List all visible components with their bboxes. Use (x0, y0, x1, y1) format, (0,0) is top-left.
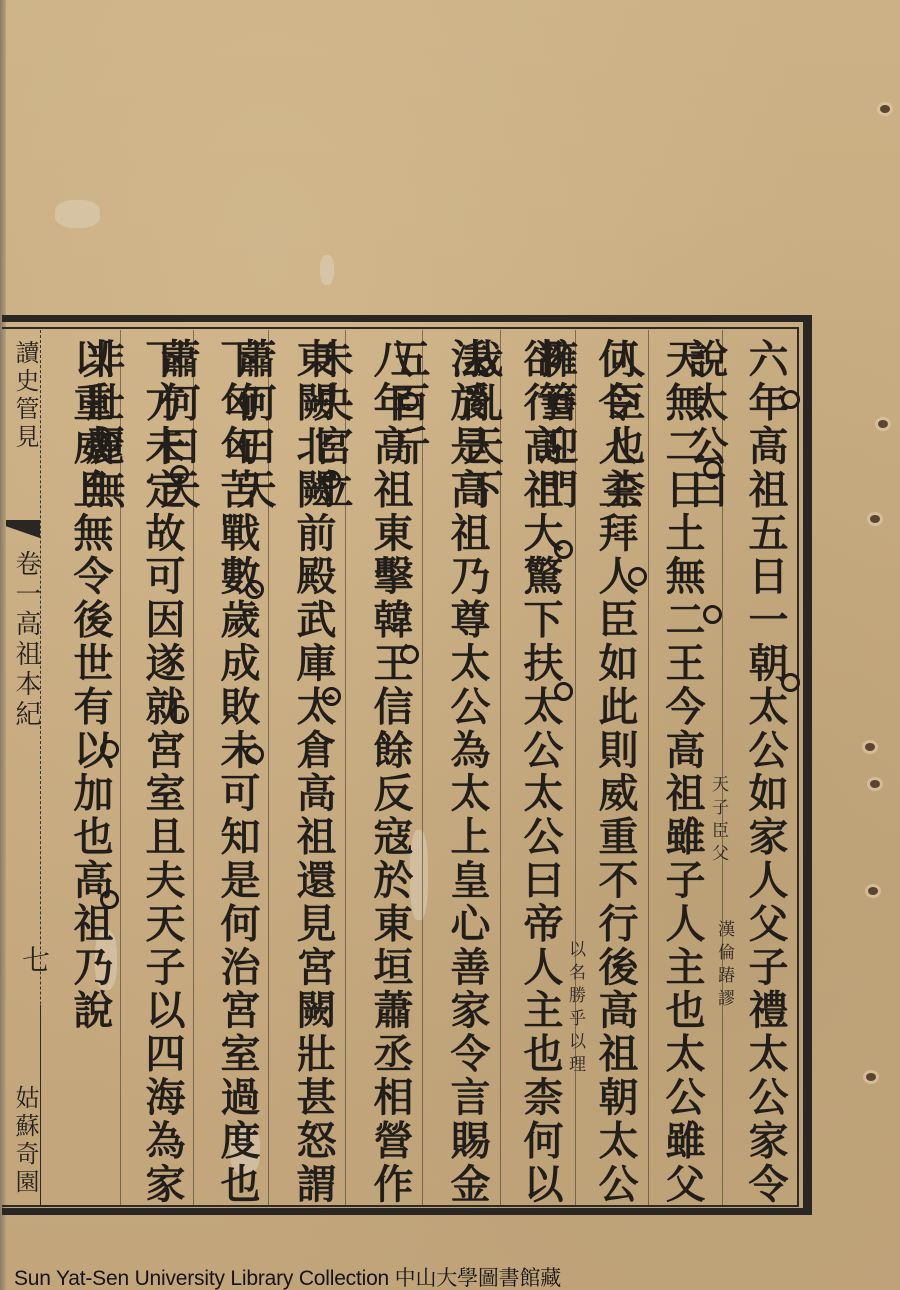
annotation: 天子臣父 (706, 775, 731, 867)
paper-stain (320, 255, 334, 285)
annotation: 漢倫踳謬 (712, 920, 737, 1012)
punctuation-circle (703, 460, 722, 479)
library-credit: Sun Yat-Sen University Library Collectio… (14, 1262, 561, 1290)
text-column-1: 六年高祖五日一朝太公如家人父子禮太公家令說太公曰 (735, 338, 795, 1208)
text-column-8: 下匈匈苦戰數歲成敗未可知是何治宮室過度也蕭何曰天 (207, 338, 267, 1208)
punctuation-circle (170, 465, 189, 484)
text-column-7: 東闕北闕前殿武庫太倉高祖還見宮闕壯甚怒謂蕭何曰天 (283, 338, 343, 1208)
worm-hole (868, 887, 878, 895)
punctuation-circle (477, 358, 496, 377)
punctuation-circle (100, 890, 119, 909)
volume-chapter: 卷一高祖本紀 (8, 550, 45, 730)
worm-hole (866, 1073, 876, 1081)
punctuation-circle (554, 395, 573, 414)
text-column-6: 八年高祖東擊韓王信餘反寇於東垣蕭丞相營作未央宮立 (360, 338, 420, 1208)
worm-hole (880, 105, 890, 113)
worm-hole (878, 420, 888, 428)
text-column-10: 以重威且無令後世有以加也高祖乃說 (60, 338, 120, 1208)
punctuation-circle (400, 392, 419, 411)
punctuation-circle (781, 673, 800, 692)
paper-stain (55, 200, 100, 228)
chapter-label: 高祖本紀 (11, 610, 41, 730)
worm-hole (870, 780, 880, 788)
worm-hole (865, 743, 875, 751)
book-title: 讀史管見 (8, 340, 43, 452)
punctuation-circle (322, 470, 341, 489)
punctuation-circle (322, 687, 341, 706)
publisher-mark: 姑蘇奇園 (8, 1085, 43, 1197)
worm-hole (870, 515, 880, 523)
punctuation-circle (100, 740, 119, 759)
punctuation-circle (245, 745, 264, 764)
punctuation-circle (400, 645, 419, 664)
punctuation-circle (100, 433, 119, 452)
text-column-3: 何令人主拜人臣如此則威重不行後高祖朝太公擁篲迎門 (585, 338, 645, 1208)
volume-label: 卷一 (11, 550, 41, 610)
text-column-4: 卻行高祖大驚下扶太公太公曰帝人主也柰何以我亂天下 (510, 338, 570, 1208)
punctuation-circle (703, 605, 722, 624)
annotation: 以名勝乎以理 (563, 940, 588, 1078)
margin-strip (4, 330, 44, 1205)
punctuation-circle (170, 705, 189, 724)
punctuation-circle (554, 682, 573, 701)
punctuation-circle (628, 567, 647, 586)
page-number: 七 (14, 945, 54, 977)
punctuation-circle (245, 580, 264, 599)
punctuation-circle (554, 540, 573, 559)
text-column-5: 法於是高祖乃尊太公為太上皇心善家令言賜金五百斤 (437, 338, 497, 1208)
punctuation-circle (781, 390, 800, 409)
